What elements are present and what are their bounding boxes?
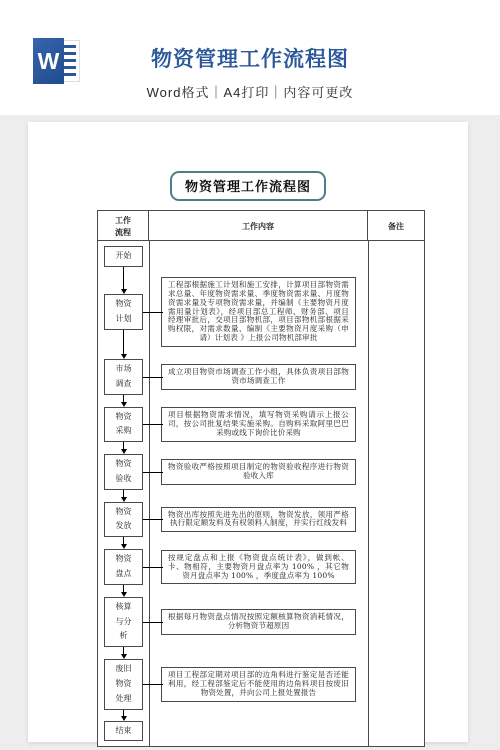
flow-step-row: 物资 发放 物资出库按照先进先出的原则，物资发放、领用严格执行限定额发料及有权领… — [98, 496, 368, 544]
column-header-note: 备注 — [368, 211, 424, 240]
step-content-box: 项目工程部定期对项目部的边角料进行鉴定是否还能利用，经工程部鉴定后不能使用的边角… — [161, 667, 356, 702]
word-logo-icon: W — [33, 38, 83, 84]
template-banner: W 物资管理工作流程图 Word格式｜A4打印｜内容可更改 — [0, 0, 500, 115]
step-content-box: 工程部根据施工计划和施工安排，计算项目部物资需求总量、年度物资需求量、季度物资需… — [161, 277, 356, 347]
flow-step-box: 核算 与分 析 — [104, 597, 143, 647]
flow-step-box: 废旧 物资 处理 — [104, 659, 143, 709]
flow-step-row: 物资 验收 物资验收严格按照项目制定的物资验收程序进行物资验收入库 — [98, 448, 368, 496]
flow-step-box: 物资 发放 — [104, 502, 143, 538]
document-page: 物资管理工作流程图 工作 流程 工作内容 备注 开始 — [28, 122, 468, 742]
arrow-segment-top — [98, 271, 149, 294]
flow-cell: 物资 发放 — [98, 496, 149, 544]
flow-cell: 核算 与分 析 — [98, 591, 149, 653]
flowchart-table: 工作 流程 工作内容 备注 开始 — [97, 210, 425, 747]
flow-cell: 物资 验收 — [98, 448, 149, 496]
flow-step-box: 开始 — [104, 246, 143, 267]
content-cell: 按规定盘点和上报《物资盘点统计表》，做到帐、卡、物相符，主要物资月盘点率为 10… — [149, 543, 368, 591]
flow-step-row: 物资 采购 项目根据物资需求情况，填写物资采购请示上报公司，按公司批复结果实施采… — [98, 401, 368, 449]
arrow-line — [123, 330, 124, 353]
content-cell: 项目工程部定期对项目部的边角料进行鉴定是否还能利用，经工程部鉴定后不能使用的边角… — [149, 653, 368, 715]
template-subtitle: Word格式｜A4打印｜内容可更改 — [0, 82, 500, 101]
flow-cell: 废旧 物资 处理 — [98, 653, 149, 715]
flow-step-row: 废旧 物资 处理 项目工程部定期对项目部的边角料进行鉴定是否还能利用，经工程部鉴… — [98, 653, 368, 715]
flow-cell: 开始 — [98, 241, 149, 271]
flow-step-box: 物资 盘点 — [104, 549, 143, 585]
content-cell: 成立项目物资市场调查工作小组，具体负责项目部物资市场调查工作 — [149, 353, 368, 401]
flow-cell: 市场 调查 — [98, 353, 149, 401]
content-cell: 物资验收严格按照项目制定的物资验收程序进行物资验收入库 — [149, 448, 368, 496]
flow-steps-column: 开始 物资 计划 工程部根据施工计划和施工安排，计算项目部物资需求总量、年度物资… — [98, 241, 369, 746]
step-content-box: 根据每月物资盘点情况按照定额核算物资消耗情况，分析物资节超原因 — [161, 609, 356, 635]
step-content-box: 物资出库按照先进先出的原则，物资发放、领用严格执行限定额发料及有权领料人制度，并… — [161, 507, 356, 533]
flow-step-row: 结束 — [98, 716, 368, 746]
flow-step-box: 物资 计划 — [104, 294, 143, 330]
content-cell: 根据每月物资盘点情况按照定额核算物资消耗情况，分析物资节超原因 — [149, 591, 368, 653]
flow-step-row: 核算 与分 析 根据每月物资盘点情况按照定额核算物资消耗情况，分析物资节超原因 — [98, 591, 368, 653]
flow-step-row: 物资 盘点 按规定盘点和上报《物资盘点统计表》，做到帐、卡、物相符，主要物资月盘… — [98, 543, 368, 591]
arrow-segment-bottom — [98, 330, 149, 353]
flow-cell: 物资 盘点 — [98, 543, 149, 591]
content-cell: 工程部根据施工计划和施工安排，计算项目部物资需求总量、年度物资需求量、季度物资需… — [149, 271, 368, 353]
word-logo-letter: W — [33, 38, 64, 84]
step-content-box: 物资验收严格按照项目制定的物资验收程序进行物资验收入库 — [161, 459, 356, 485]
flow-step-row: 物资 计划 工程部根据施工计划和施工安排，计算项目部物资需求总量、年度物资需求量… — [98, 271, 368, 353]
flow-cell: 结束 — [98, 716, 149, 746]
document-preview-area: 物资管理工作流程图 工作 流程 工作内容 备注 开始 — [0, 115, 500, 750]
column-header-flow: 工作 流程 — [98, 211, 149, 240]
flowchart-title-box: 物资管理工作流程图 — [170, 171, 326, 201]
flow-cell: 物资 采购 — [98, 401, 149, 449]
flow-step-row: 市场 调查 成立项目物资市场调查工作小组，具体负责项目部物资市场调查工作 — [98, 353, 368, 401]
flow-step-box: 市场 调查 — [104, 359, 143, 395]
step-content-box: 按规定盘点和上报《物资盘点统计表》，做到帐、卡、物相符，主要物资月盘点率为 10… — [161, 550, 356, 585]
flow-cell: 物资 计划 — [98, 271, 149, 353]
table-header-row: 工作 流程 工作内容 备注 — [98, 211, 424, 241]
arrow-line — [123, 271, 124, 289]
step-content-box: 成立项目物资市场调查工作小组，具体负责项目部物资市场调查工作 — [161, 364, 356, 390]
content-cell: 项目根据物资需求情况，填写物资采购请示上报公司，按公司批复结果实施采购。自购料采… — [149, 401, 368, 449]
flow-step-box: 物资 验收 — [104, 454, 143, 490]
content-cell: 物资出库按照先进先出的原则，物资发放、领用严格执行限定额发料及有权领料人制度，并… — [149, 496, 368, 544]
step-content-box: 项目根据物资需求情况，填写物资采购请示上报公司，按公司批复结果实施采购。自购料采… — [161, 407, 356, 442]
table-body: 开始 物资 计划 工程部根据施工计划和施工安排，计算项目部物资需求总量、年度物资… — [98, 241, 424, 746]
flow-step-box: 物资 采购 — [104, 407, 143, 443]
flow-step-box: 结束 — [104, 721, 143, 742]
flow-step-row: 开始 — [98, 241, 368, 271]
column-header-content: 工作内容 — [149, 211, 368, 240]
note-column-empty-cell — [369, 241, 424, 746]
